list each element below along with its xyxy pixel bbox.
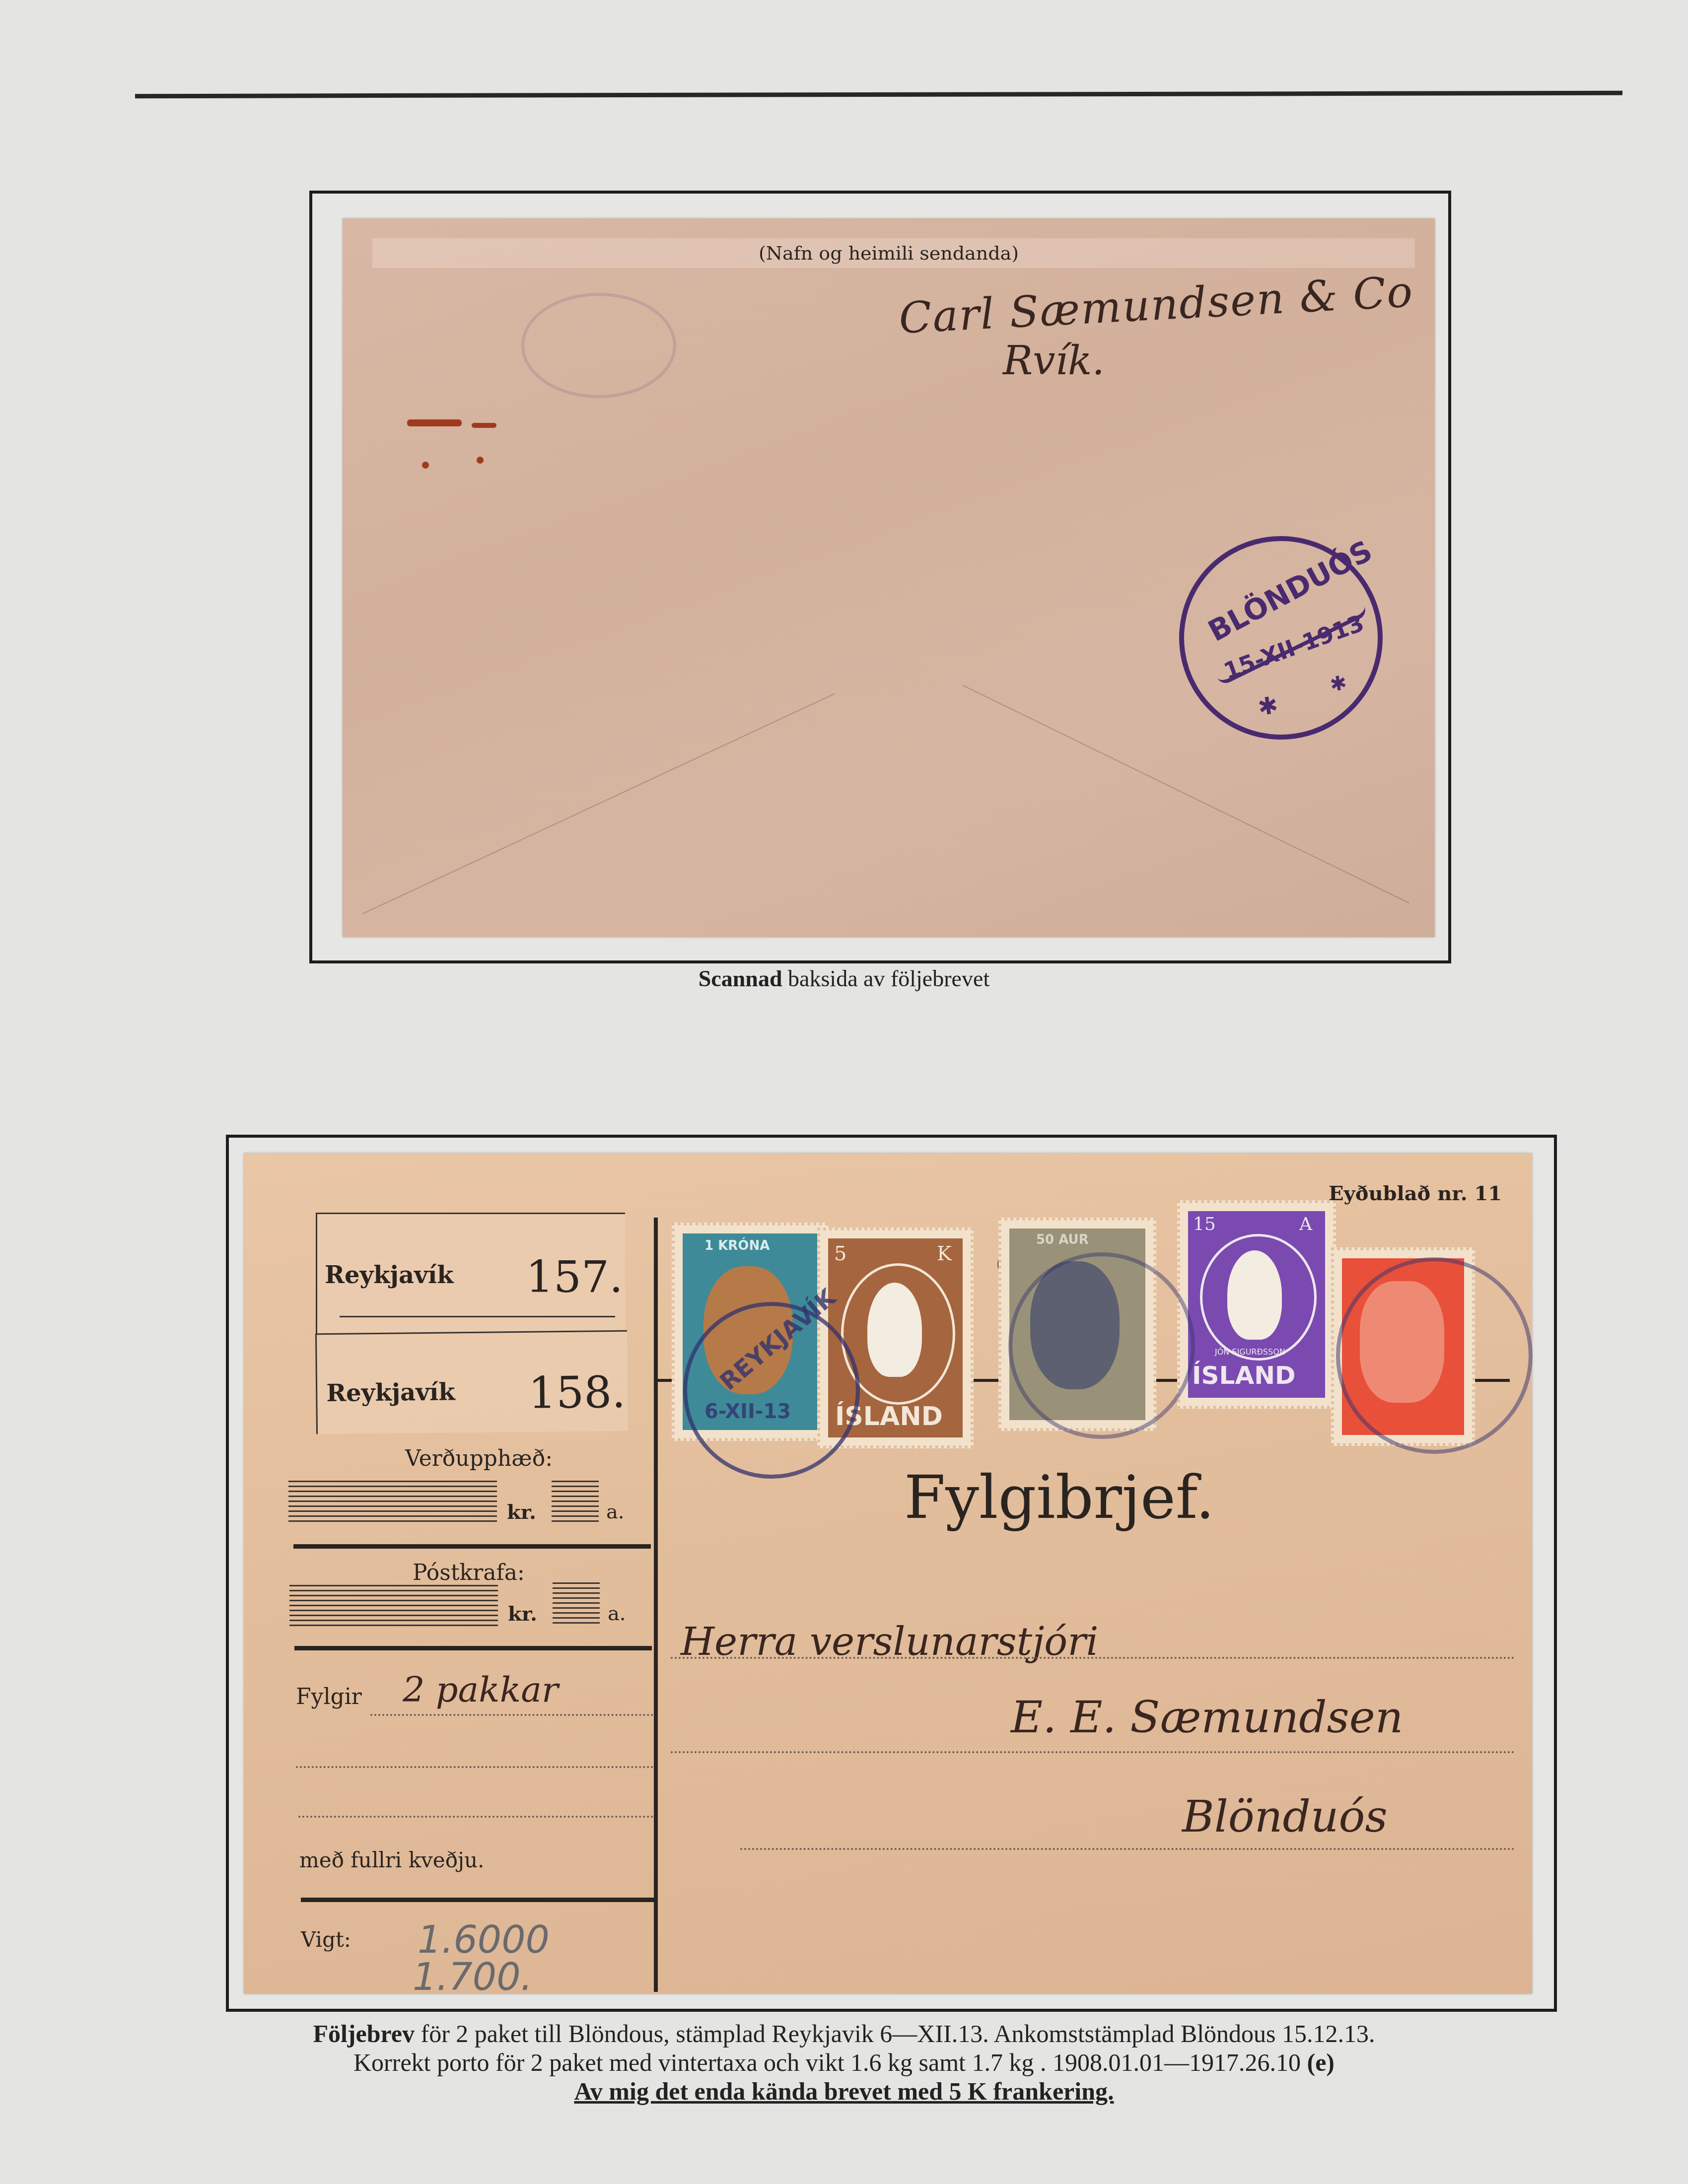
- caption-line-2-text: Korrekt porto för 2 paket med vintertaxa…: [353, 2048, 1307, 2076]
- value-kr-field: [288, 1481, 497, 1525]
- stamp-portrait: [1227, 1250, 1282, 1340]
- page-header-rule: [135, 91, 1622, 98]
- stamp-denomination: 15: [1193, 1214, 1216, 1234]
- front-cover-caption: Följebrev för 2 paket till Blöndous, stä…: [0, 2019, 1688, 2106]
- stamp-denomination-unit: A: [1299, 1214, 1312, 1234]
- postmark-2: [1008, 1252, 1195, 1439]
- parcel-label-number: 158.: [528, 1366, 626, 1419]
- caption-line-1-bold: Följebrev: [313, 2020, 415, 2047]
- label-underline: [340, 1316, 615, 1317]
- caption-line-2: Korrekt porto för 2 paket med vintertaxa…: [0, 2048, 1688, 2077]
- caption-line-1: Följebrev för 2 paket till Blöndous, stä…: [0, 2019, 1688, 2048]
- caption-line-3-text: Av mig det enda kända brevet med 5 K fra…: [574, 2077, 1114, 2105]
- parcel-label-157: Reykjavík 157.: [316, 1213, 625, 1333]
- value-label: Verðupphæð:: [405, 1446, 553, 1471]
- postmark-3: [1336, 1257, 1533, 1454]
- cod-aur-label: a.: [608, 1602, 626, 1625]
- caption-line-3: Av mig det enda kända brevet med 5 K fra…: [0, 2077, 1688, 2106]
- wax-mark: [422, 462, 429, 469]
- address-line-2: E. E. Sæmundsen: [1011, 1692, 1403, 1743]
- star-icon: ✱: [1329, 672, 1348, 696]
- dotted-line: [296, 1766, 653, 1768]
- parcel-label-place: Reykjavík: [325, 1261, 453, 1289]
- wax-mark: [477, 457, 484, 464]
- flap-crease-left: [362, 693, 835, 914]
- star-icon: ✱: [1256, 691, 1280, 721]
- cod-kr-label: kr.: [508, 1602, 537, 1626]
- sender-name-handwritten: Carl Sæmundsen & Co: [898, 267, 1414, 343]
- accompanies-handwritten: 2 pakkar: [403, 1669, 558, 1710]
- stamp-denomination-unit: K: [937, 1242, 952, 1265]
- cod-aur-field: [553, 1582, 600, 1627]
- stamp-15-aur: 15 A JÓN SIGURÐSSON ÍSLAND: [1177, 1200, 1336, 1409]
- postmark-date: 6-XII-13: [704, 1400, 791, 1423]
- parcel-label-place: Reykjavík: [326, 1378, 455, 1407]
- parcel-label-number: 157.: [526, 1251, 623, 1302]
- value-aur-field: [552, 1481, 599, 1525]
- dotted-line: [671, 1751, 1515, 1753]
- stamp-country: ÍSLAND: [1192, 1361, 1296, 1390]
- caption-line-1-rest: för 2 paket till Blöndous, stämplad Reyk…: [415, 2020, 1375, 2047]
- caption-bold: Scannad: [699, 966, 782, 991]
- section-rule: [294, 1646, 652, 1650]
- stamp-portrait: [867, 1283, 922, 1377]
- value-aur-label: a.: [606, 1501, 625, 1523]
- accompanies-label: Fylgir: [296, 1684, 362, 1709]
- stamp-inscription: JÓN SIGURÐSSON: [1215, 1347, 1285, 1357]
- weight-value-2: 1.700.: [413, 1955, 533, 1999]
- wax-mark: [472, 423, 496, 428]
- section-rule: [293, 1544, 651, 1549]
- reykjavik-postmark: REYKJAVÍK 6-XII-13: [683, 1302, 860, 1479]
- stamp-denomination: 50 AUR: [1036, 1232, 1089, 1247]
- wax-mark: [407, 419, 462, 426]
- back-cover-envelope: (Nafn og heimili sendanda) Carl Sæmundse…: [343, 218, 1435, 937]
- dotted-line: [370, 1714, 653, 1716]
- parcel-label-158: Reykjavík 158.: [315, 1330, 628, 1434]
- cod-kr-field: [289, 1585, 498, 1630]
- address-line-3: Blönduós: [1182, 1791, 1388, 1842]
- caption-line-2-bold: (e): [1307, 2048, 1335, 2076]
- sender-city-handwritten: Rvík.: [1003, 338, 1105, 384]
- section-rule: [301, 1898, 656, 1902]
- form-number: Eyðublað nr. 11: [1329, 1182, 1502, 1205]
- document-title: Fylgibrjef.: [904, 1463, 1214, 1532]
- faint-postmark: [521, 293, 676, 398]
- value-kr-label: kr.: [507, 1501, 536, 1524]
- stamp-denomination: 5: [834, 1242, 846, 1265]
- front-cover-envelope: Reykjavík 157. Reykjavík 158. Verðupphæð…: [244, 1153, 1532, 1994]
- caption-rest: baksida av följebrevet: [782, 966, 990, 991]
- arrival-postmark: BLÖNDUÓS 15-XII-1913 ✱ ✱: [1166, 523, 1396, 752]
- dotted-line: [740, 1848, 1515, 1850]
- weight-label: Vigt:: [301, 1927, 351, 1952]
- greeting: með fullri kveðju.: [299, 1848, 484, 1872]
- stamp-denomination: 1 KRÓNA: [704, 1238, 770, 1253]
- cod-label: Póstkrafa:: [413, 1560, 525, 1585]
- dotted-line: [298, 1816, 653, 1818]
- dotted-line: [671, 1657, 1515, 1659]
- back-cover-caption: Scannad baksida av följebrevet: [0, 965, 1688, 992]
- column-divider: [654, 1218, 658, 1992]
- sender-label: (Nafn og heimili sendanda): [759, 242, 1019, 264]
